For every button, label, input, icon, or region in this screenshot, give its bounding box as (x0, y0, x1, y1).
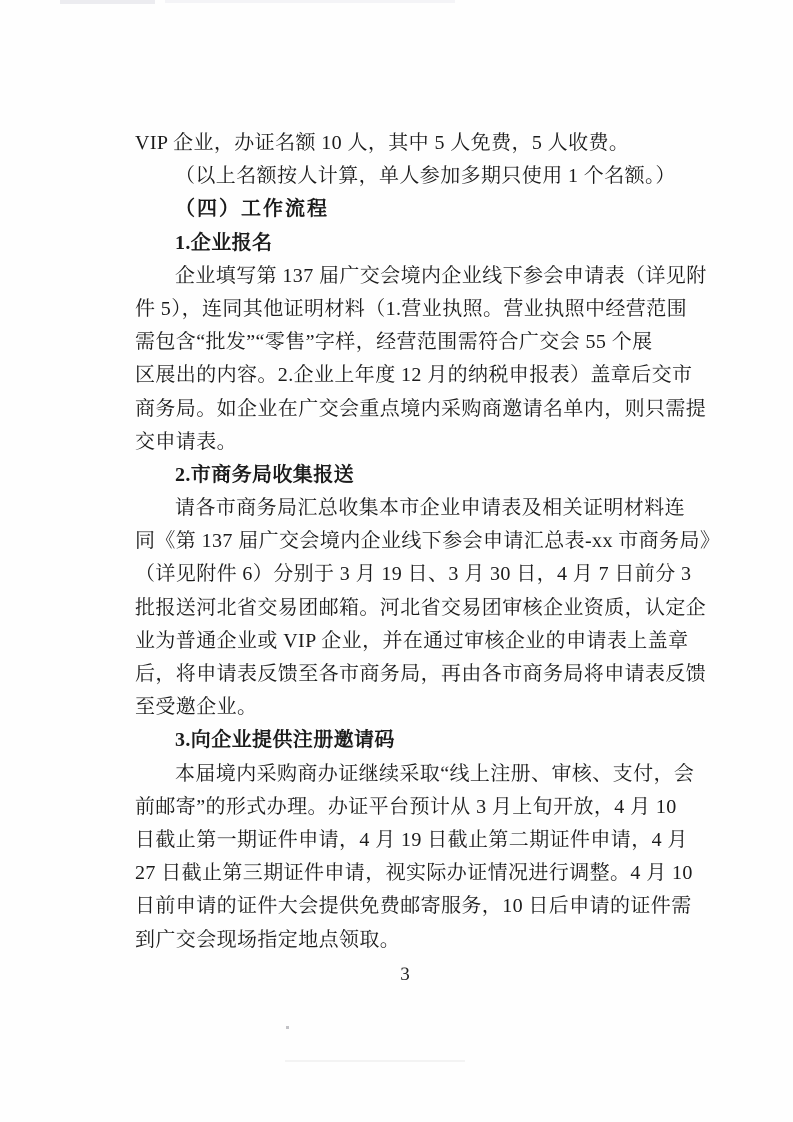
scan-artifact (60, 0, 155, 4)
body-line: 本届境内采购商办证继续采取“线上注册、审核、支付，会 (135, 758, 675, 791)
body-line: 批报送河北省交易团邮箱。河北省交易团审核企业资质，认定企 (135, 592, 675, 625)
section-heading: （四）工作流程 (135, 193, 675, 226)
page-number: 3 (135, 962, 675, 988)
body-line: 至受邀企业。 (135, 691, 675, 724)
body-line: VIP 企业，办证名额 10 人，其中 5 人免费，5 人收费。 (135, 127, 675, 160)
step-heading: 1.企业报名 (135, 227, 675, 260)
body-line: 请各市商务局汇总收集本市企业申请表及相关证明材料连 (135, 492, 675, 525)
body-line: 27 日截止第三期证件申请，视实际办证情况进行调整。4 月 10 (135, 857, 675, 890)
body-line: 区展出的内容。2.企业上年度 12 月的纳税申报表）盖章后交市 (135, 359, 675, 392)
scan-artifact (285, 1060, 465, 1062)
body-line: 同《第 137 届广交会境内企业线下参会申请汇总表-xx 市商务局》 (135, 525, 675, 558)
scanned-document-page: VIP 企业，办证名额 10 人，其中 5 人免费，5 人收费。 （以上名额按人… (0, 0, 793, 1122)
body-line: 后，将申请表反馈至各市商务局，再由各市商务局将申请表反馈 (135, 658, 675, 691)
body-line: 到广交会现场指定地点领取。 (135, 924, 675, 957)
note-line: （以上名额按人计算，单人参加多期只使用 1 个名额。） (135, 160, 675, 193)
body-line: 需包含“批发”“零售”字样，经营范围需符合广交会 55 个展 (135, 326, 675, 359)
body-line: （详见附件 6）分别于 3 月 19 日、3 月 30 日，4 月 7 日前分 … (135, 558, 675, 591)
document-body: VIP 企业，办证名额 10 人，其中 5 人免费，5 人收费。 （以上名额按人… (135, 127, 675, 957)
body-line: 件 5），连同其他证明材料（1.营业执照。营业执照中经营范围 (135, 293, 675, 326)
step-heading: 3.向企业提供注册邀请码 (135, 724, 675, 757)
body-line: 交申请表。 (135, 426, 675, 459)
body-line: 企业填写第 137 届广交会境内企业线下参会申请表（详见附 (135, 260, 675, 293)
scan-artifact (165, 0, 455, 3)
body-line: 日截止第一期证件申请，4 月 19 日截止第二期证件申请，4 月 (135, 824, 675, 857)
body-line: 业为普通企业或 VIP 企业，并在通过审核企业的申请表上盖章 (135, 625, 675, 658)
scan-artifact (286, 1026, 289, 1029)
step-heading: 2.市商务局收集报送 (135, 459, 675, 492)
body-line: 前邮寄”的形式办理。办证平台预计从 3 月上旬开放，4 月 10 (135, 791, 675, 824)
body-line: 商务局。如企业在广交会重点境内采购商邀请名单内，则只需提 (135, 393, 675, 426)
body-line: 日前申请的证件大会提供免费邮寄服务，10 日后申请的证件需 (135, 890, 675, 923)
